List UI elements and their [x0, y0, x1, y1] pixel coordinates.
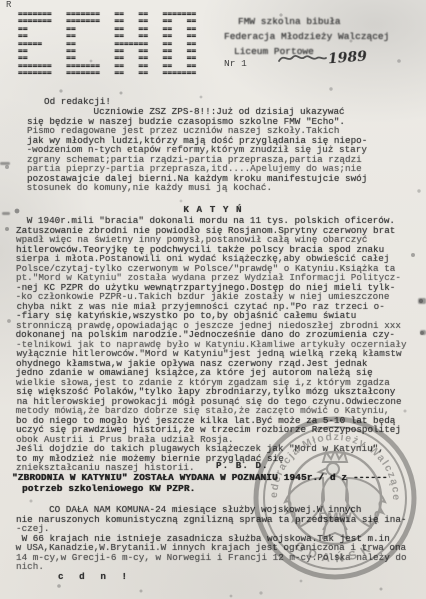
text-line: pt."Mord w Katyniu" została wydana przez…	[16, 273, 407, 283]
text-line: wpadł więc na świetny inny pomysł,postan…	[16, 235, 407, 245]
edge-smudge-mark	[418, 298, 426, 304]
stamp-monogram: FMW	[318, 509, 352, 525]
issue-number: Nr 1	[224, 58, 247, 69]
text-line: W 1940r.mili "bracia" dokonali mordu na …	[16, 216, 407, 226]
scan-noise-specks	[0, 0, 2, 2]
editorial-paragraph: Uczniowie ZSZ ZPS-8!!:Już od dzisiaj uka…	[27, 107, 367, 193]
text-line: chyba nikt z was nie miał przyjemności c…	[17, 302, 408, 312]
text-line: Uczniowie ZSZ ZPS-8!!:Już od dzisiaj uka…	[27, 107, 367, 117]
handwritten-year: 1989	[327, 49, 367, 68]
org-line-bibula: FMW szkolna bibuła	[224, 14, 389, 29]
edge-smudge-mark	[0, 162, 10, 165]
text-line: partia pieprzy-partia przeprasza,itd....…	[27, 164, 367, 174]
scanned-bulletin-page: R ======= ======= == == ======= ======= …	[0, 0, 426, 599]
fmw-gdansk-stamp: Federacja Młodzieży Walczącej GDAŃSK FMW	[247, 406, 426, 592]
text-line: wielkie słowa,jest to zdanie z którym zg…	[16, 378, 407, 388]
cdn-ending: c d n !	[58, 572, 132, 582]
edge-smudge-mark	[2, 212, 10, 215]
edge-smudge-mark	[420, 330, 426, 335]
katyn-heading: K A T Y Ń	[0, 205, 426, 215]
stray-corner-mark: R	[6, 0, 11, 10]
org-line-federacja: Federacja Młodzieży Walczącej	[224, 29, 389, 44]
footnote-second-line: potrzeb szkoleniowego KW PZPR.	[22, 484, 195, 494]
masthead-title-ascii: ======= ======= == == ======= ======= ==…	[18, 10, 196, 77]
text-line: wyłącznie hitlerowców."Mord w Katyniu"je…	[17, 349, 408, 359]
text-line: stosunek do komuny,nie każdy musi ją koc…	[27, 183, 367, 193]
text-line: Pismo redagowane jest przez uczniów nasz…	[27, 126, 367, 136]
handwritten-month-scribble	[276, 48, 328, 68]
handwritten-date: 1989	[276, 48, 386, 74]
